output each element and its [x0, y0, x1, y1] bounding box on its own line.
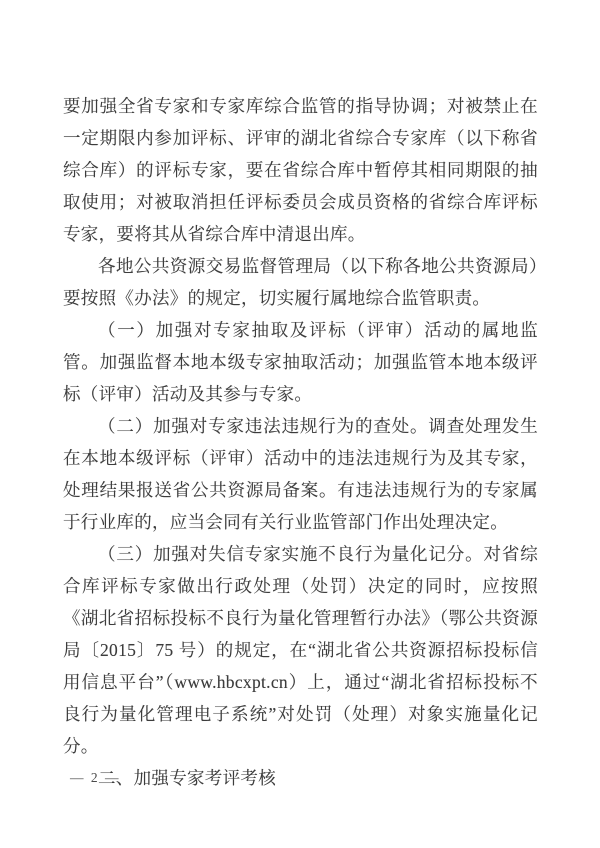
paragraph: （三）加强对失信专家实施不良行为量化记分。对省综合库评标专家做出行政处理（处罚）…	[63, 538, 538, 762]
document-page: 要加强全省专家和专家库综合监管的指导协调；对被禁止在一定期限内参加评标、评审的湖…	[0, 0, 600, 848]
section-heading: 二、加强专家考评考核	[63, 762, 538, 794]
paragraph: 各地公共资源交易监督管理局（以下称各地公共资源局）要按照《办法》的规定，切实履行…	[63, 250, 538, 314]
document-body: 要加强全省专家和专家库综合监管的指导协调；对被禁止在一定期限内参加评标、评审的湖…	[63, 90, 538, 794]
paragraph: （一）加强对专家抽取及评标（评审）活动的属地监管。加强监督本地本级专家抽取活动；…	[63, 314, 538, 410]
paragraph: 要加强全省专家和专家库综合监管的指导协调；对被禁止在一定期限内参加评标、评审的湖…	[63, 90, 538, 250]
paragraph: （二）加强对专家违法违规行为的查处。调查处理发生在本地本级评标（评审）活动中的违…	[63, 410, 538, 538]
page-number: — 2 —	[70, 770, 121, 786]
